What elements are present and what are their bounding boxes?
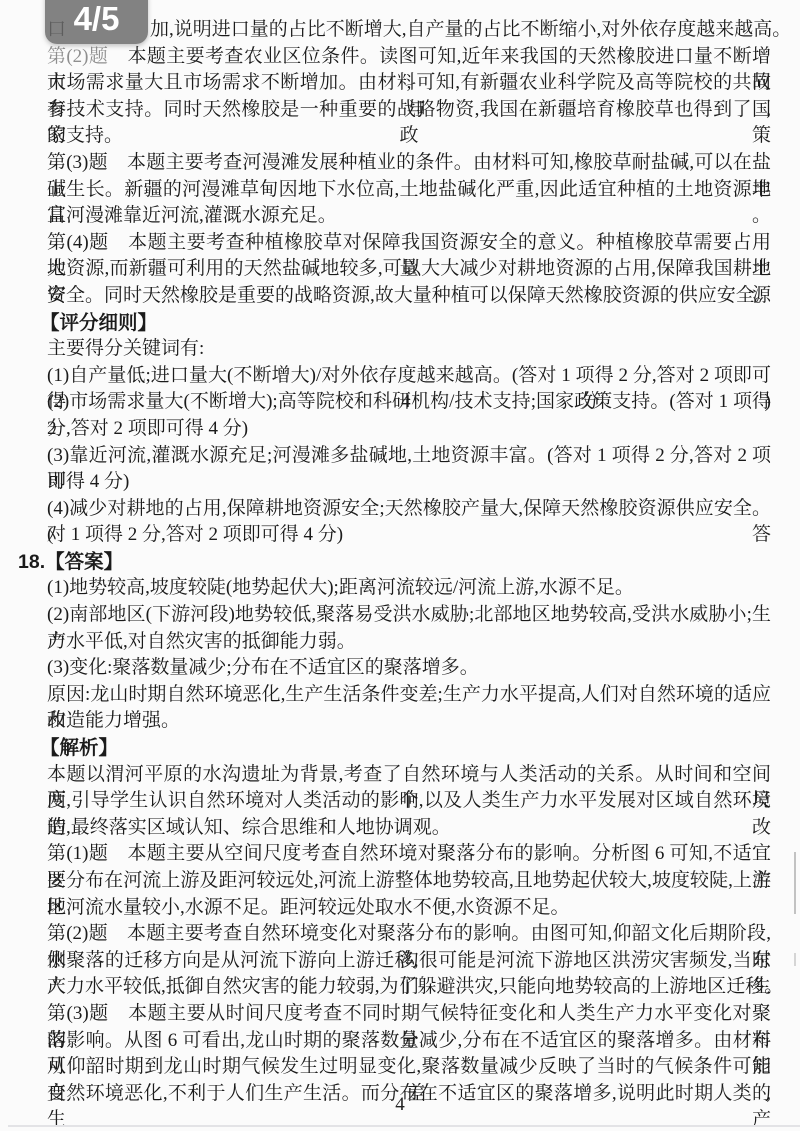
text-line: 【解析】 [0,735,800,762]
text-line: 原因:龙山时期自然环境恶化,生产生活条件变差;生产力水平提高,人们对自然环境的适… [0,682,800,709]
text-line: 18.【答案】 [0,549,800,576]
page-number: 4 [0,1094,800,1116]
text-line: 第(4)题 本题主要考查种植橡胶草对保障我国资源安全的意义。种植橡胶草需要占用大… [0,230,800,257]
text-line: 本题以渭河平原的水沟遗址为背景,考查了自然环境与人类活动的关系。从时间和空间两个… [0,762,800,789]
text-line: 产力水平较低,抵御自然灾害的能力较弱,为了躲避洪灾,只能向地势较高的上游地区迁移… [0,974,800,1001]
text-line: 第(1)题 本题主要从空间尺度考查自然环境对聚落分布的影响。分析图 6 可知,不… [0,841,800,868]
text-line: 区河流水量较小,水源不足。距河较远处取水不便,水资源不足。 [0,895,800,922]
text-line: (2)南部地区(下游河段)地势较低,聚落易受洪水威胁;北部地区地势较高,受洪水威… [0,602,800,629]
text-line: 第(3)题 本题主要从时间尺度考查不同时期气候特征变化和人类生产力水平变化对聚落… [0,1001,800,1028]
text-line: (4)减少对耕地的占用,保障耕地资源安全;天然橡胶产量大,保障天然橡胶资源供应安… [0,496,800,523]
text-line: (1)自产量低;进口量大(不断增大)/对外依存度越来越高。(答对 1 项得 2 … [0,363,800,390]
scan-artifact-line [794,852,796,914]
text-fragment: 第(2)题 [47,46,108,67]
text-line: (3)靠近河流,灌溉水源充足;河漫滩多盐碱地,土地资源丰富。(答对 1 项得 2… [0,443,800,470]
text-line: (2)市场需求量大(不断增大);高等院校和科研机构/技术支持;国家政策支持。(答… [0,389,800,416]
text-line: 第(2)题 本题主要考查自然环境变化对聚落分布的影响。由图可知,仰韶文化后期阶段… [0,921,800,948]
text-line: 要分布在河流上游及距河较远处,河流上游整体地势较高,且地势起伏较大,坡度较陡,上… [0,868,800,895]
text-line: (1)地势较高,坡度较陡(地势起伏大);距离河流较远/河流上游,水源不足。 [0,575,800,602]
text-line: 安全。同时天然橡胶是重要的战略资源,故大量种植可以保障天然橡胶资源的供应安全。 [0,283,800,310]
text-fragment: 加,说明进口量的占比不断增大,自产量的占比不断缩小,对外依存度越来越高。 [150,19,791,40]
text-line: 力水平低,对自然灾害的抵御能力弱。 [0,629,800,656]
text-line: 改造能力增强。 [0,708,800,735]
text-line: (3)变化:聚落数量减少;分布在不适宜区的聚落增多。 [0,655,800,682]
text-line: 从仰韶时期到龙山时期气候发生过明显变化,聚落数量减少反映了当时的气候条件可能变差… [0,1054,800,1081]
text-line: 度,引导学生认识自然环境对人类活动的影响,以及人类生产力水平发展对区域自然环境的… [0,788,800,815]
text-line: 侧聚落的迁移方向是从河流下游向上游迁移,很可能是河流下游地区洪涝灾害频发,当时人… [0,948,800,975]
text-line: 上生长。新疆的河漫滩草甸因地下水位高,土地盐碱化严重,因此适宜种植的土地资源丰富… [0,177,800,204]
text-line: 有技术支持。同时天然橡胶是一种重要的战略物资,我国在新疆培育橡胶草也得到了国家政… [0,97,800,124]
text-line: 第(2)题 本题主要考查农业区位条件。读图可知,近年来我国的天然橡胶进口量不断增… [0,44,800,71]
text-line: 分,答对 2 项即可得 4 分) [0,416,800,443]
scan-artifact-line [794,953,796,966]
text-line: 【评分细则】 [0,310,800,337]
page-indicator-label: 4/5 [74,0,120,38]
text-line: 市场需求量大且市场需求不断增加。由材料可知,有新疆农业科学院及高等院校的共同参与… [0,70,800,97]
text-line: 第(3)题 本题主要考查河漫滩发展种植业的条件。由材料可知,橡胶草耐盐碱,可以在… [0,150,800,177]
text-line: 地资源,而新疆可利用的天然盐碱地较多,可以大大减少对耕地资源的占用,保障我国耕地… [0,256,800,283]
page-indicator-badge: 4/5 [45,0,148,44]
text-line: 的影响。从图 6 可看出,龙山时期的聚落数量减少,分布在不适宜区的聚落增多。由材… [0,1028,800,1055]
text-line: 主要得分关键词有: [0,336,800,363]
text-line: 可得 4 分) [0,469,800,496]
scan-edge-divider [8,1125,800,1127]
document-body: 口加,说明进口量的占比不断增大,自产量的占比不断缩小,对外依存度越来越高。第(2… [0,17,800,1107]
